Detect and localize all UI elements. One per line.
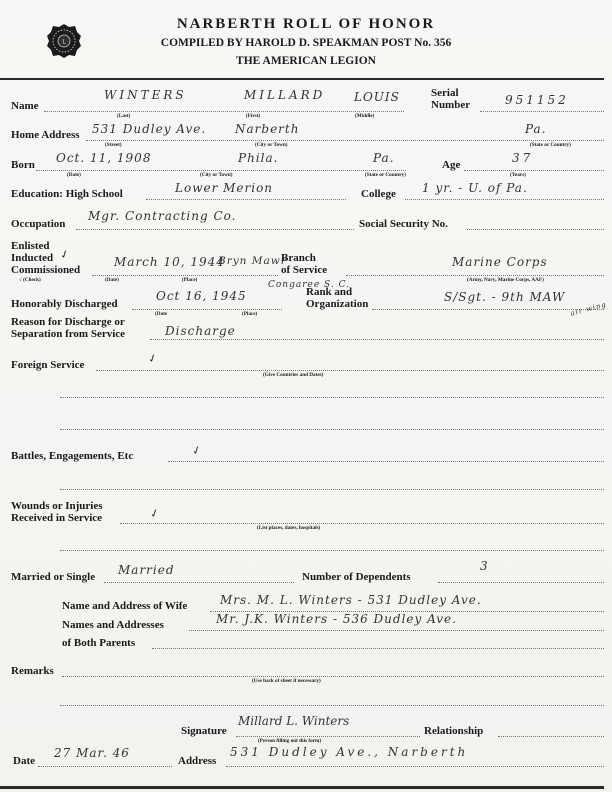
name-line: [44, 111, 404, 112]
battles-line-2: [60, 489, 604, 490]
rank-value[interactable]: S/Sgt. - 9th MAW: [444, 290, 565, 304]
discharged-date-value[interactable]: Oct 16, 1945: [156, 289, 247, 303]
occupation-value[interactable]: Mgr. Contracting Co.: [88, 209, 236, 223]
sub-street: (Street): [105, 142, 122, 148]
wife-value[interactable]: Mrs. M. L. Winters - 531 Dudley Ave.: [220, 593, 482, 607]
form-title: NARBERTH ROLL OF HONOR: [0, 16, 612, 33]
address-line: [226, 766, 604, 767]
foreign-service-line-2: [60, 397, 604, 398]
sub-born-city: (City or Town): [200, 172, 232, 178]
ssn-line: [467, 229, 604, 230]
footer-divider: [0, 786, 604, 789]
inducted-label: Inducted: [11, 252, 53, 264]
remarks-label: Remarks: [11, 665, 54, 677]
dependents-value[interactable]: 3: [480, 559, 489, 573]
reason-value[interactable]: Discharge: [165, 324, 236, 338]
branch-value[interactable]: Marine Corps: [452, 255, 548, 269]
signature-label: Signature: [181, 725, 227, 737]
home-street-value[interactable]: 531 Dudley Ave.: [92, 122, 206, 136]
branch-label-2: of Service: [281, 264, 327, 276]
relationship-label: Relationship: [424, 725, 483, 737]
remarks-line: [62, 676, 604, 677]
foreign-service-line-3: [60, 429, 604, 430]
enlisted-date-value[interactable]: March 10, 1944: [114, 255, 225, 269]
age-label: Age: [442, 159, 460, 171]
date-label: Date: [13, 755, 35, 767]
parents-line-2: [152, 648, 604, 649]
enlisted-label: Enlisted: [11, 240, 50, 252]
battles-line: [168, 461, 604, 462]
sub-branch: (Army, Navy, Marine Corps, AAF): [467, 277, 544, 283]
header-divider: [0, 78, 604, 80]
rank-label-2: Organization: [306, 298, 368, 310]
college-label: College: [361, 188, 396, 200]
wounds-line-2: [60, 550, 604, 551]
last-name-value[interactable]: WINTERS: [104, 88, 187, 102]
high-school-value[interactable]: Lower Merion: [175, 181, 273, 195]
discharged-label: Honorably Discharged: [11, 298, 118, 310]
commissioned-label: Commissioned: [11, 264, 80, 276]
born-label: Born: [11, 159, 35, 171]
wife-label: Name and Address of Wife: [62, 600, 187, 612]
serial-label-2: Number: [431, 99, 470, 111]
address-label: Address: [178, 755, 216, 767]
wounds-label-2: Received in Service: [11, 512, 102, 524]
sub-last: (Last): [117, 113, 130, 119]
college-value[interactable]: 1 yr. - U. of Pa.: [422, 181, 528, 195]
form-subtitle: COMPILED BY HAROLD D. SPEAKMAN POST No. …: [0, 37, 612, 49]
born-state-value[interactable]: Pa.: [373, 151, 395, 165]
reason-label-1: Reason for Discharge or: [11, 316, 125, 328]
sub-born-date: (Date): [67, 172, 81, 178]
sub-first: (First): [246, 113, 260, 119]
first-name-value[interactable]: MILLARD: [244, 88, 325, 102]
parents-value[interactable]: Mr. J.K. Winters - 536 Dudley Ave.: [216, 612, 457, 626]
dependents-label: Number of Dependents: [302, 571, 411, 583]
sub-born-state: (State or Country): [365, 172, 406, 178]
relationship-line: [498, 736, 604, 737]
battles-label: Battles, Engagements, Etc: [11, 450, 133, 462]
home-address-line: [86, 140, 604, 141]
college-line: [405, 199, 604, 200]
branch-line: [346, 275, 604, 276]
signature-line: [236, 736, 420, 737]
occupation-line: [76, 229, 354, 230]
reason-line: [150, 339, 604, 340]
occupation-label: Occupation: [11, 218, 65, 230]
discharged-line: [132, 309, 282, 310]
wounds-check-icon[interactable]: ✓: [148, 506, 161, 521]
home-state-value[interactable]: Pa.: [525, 122, 547, 136]
serial-number-value[interactable]: 951152: [505, 93, 569, 107]
home-address-label: Home Address: [11, 129, 80, 141]
form-organization: THE AMERICAN LEGION: [0, 55, 612, 67]
marital-label: Married or Single: [11, 571, 95, 583]
marital-value[interactable]: Married: [118, 563, 175, 577]
born-date-value[interactable]: Oct. 11, 1908: [56, 151, 151, 165]
inducted-check-icon[interactable]: ✓: [58, 247, 71, 262]
age-line: [464, 170, 604, 171]
sub-signature: (Person filling out this form): [258, 738, 321, 744]
high-school-line: [146, 199, 346, 200]
foreign-service-label: Foreign Service: [11, 359, 84, 371]
roll-of-honor-form: L NARBERTH ROLL OF HONOR COMPILED BY HAR…: [0, 0, 612, 792]
sub-wounds: (List places, dates, hospitals): [257, 525, 320, 531]
parents-line: [189, 630, 604, 631]
branch-label-1: Branch: [281, 252, 316, 264]
serial-line: [480, 111, 604, 112]
foreign-service-line: [96, 370, 604, 371]
born-line: [36, 170, 406, 171]
sub-age: (Years): [510, 172, 526, 178]
serial-label-1: Serial: [431, 87, 459, 99]
rank-label-1: Rank and: [306, 286, 352, 298]
enlisted-place-value[interactable]: Bryn Mawr: [218, 255, 287, 267]
sub-remarks: (Use back of sheet if necessary): [252, 678, 321, 684]
enlisted-line: [92, 275, 278, 276]
education-label: Education: High School: [11, 188, 123, 200]
date-value[interactable]: 27 Mar. 46: [54, 746, 130, 760]
wounds-label-1: Wounds or Injuries: [11, 500, 103, 512]
foreign-service-check-icon[interactable]: ✓: [146, 351, 159, 366]
parents-label-2: of Both Parents: [62, 637, 135, 649]
born-city-value[interactable]: Phila.: [238, 151, 278, 165]
address-value[interactable]: 531 Dudley Ave., Narberth: [230, 745, 468, 759]
remarks-line-2: [60, 705, 604, 706]
sub-city: (City or Town): [255, 142, 287, 148]
home-city-value[interactable]: Narberth: [235, 122, 299, 136]
middle-name-value[interactable]: LOUIS: [354, 90, 400, 104]
sub-check: √ (Check): [19, 277, 41, 283]
name-label: Name: [11, 100, 39, 112]
sub-middle: (Middle): [355, 113, 374, 119]
wounds-line: [120, 523, 604, 524]
rank-extra-note: air wing: [570, 300, 608, 317]
sub-enlisted-date: (Date): [105, 277, 119, 283]
date-line: [38, 766, 172, 767]
sub-discharged-date: (Date: [155, 311, 167, 317]
ssn-label: Social Security No.: [359, 218, 448, 230]
battles-check-icon[interactable]: ✓: [190, 443, 203, 458]
reason-label-2: Separation from Service: [11, 328, 125, 340]
sub-enlisted-place: (Place): [182, 277, 197, 283]
sub-foreign-service: (Give Countries and Dates): [263, 372, 323, 378]
marital-line: [104, 582, 294, 583]
parents-label-1: Names and Addresses: [62, 619, 164, 631]
signature-value[interactable]: Millard L. Winters: [238, 714, 349, 728]
sub-state: (State or Country): [530, 142, 571, 148]
dependents-line: [438, 582, 604, 583]
age-value[interactable]: 37: [512, 151, 533, 165]
sub-discharged-place: (Place): [242, 311, 257, 317]
